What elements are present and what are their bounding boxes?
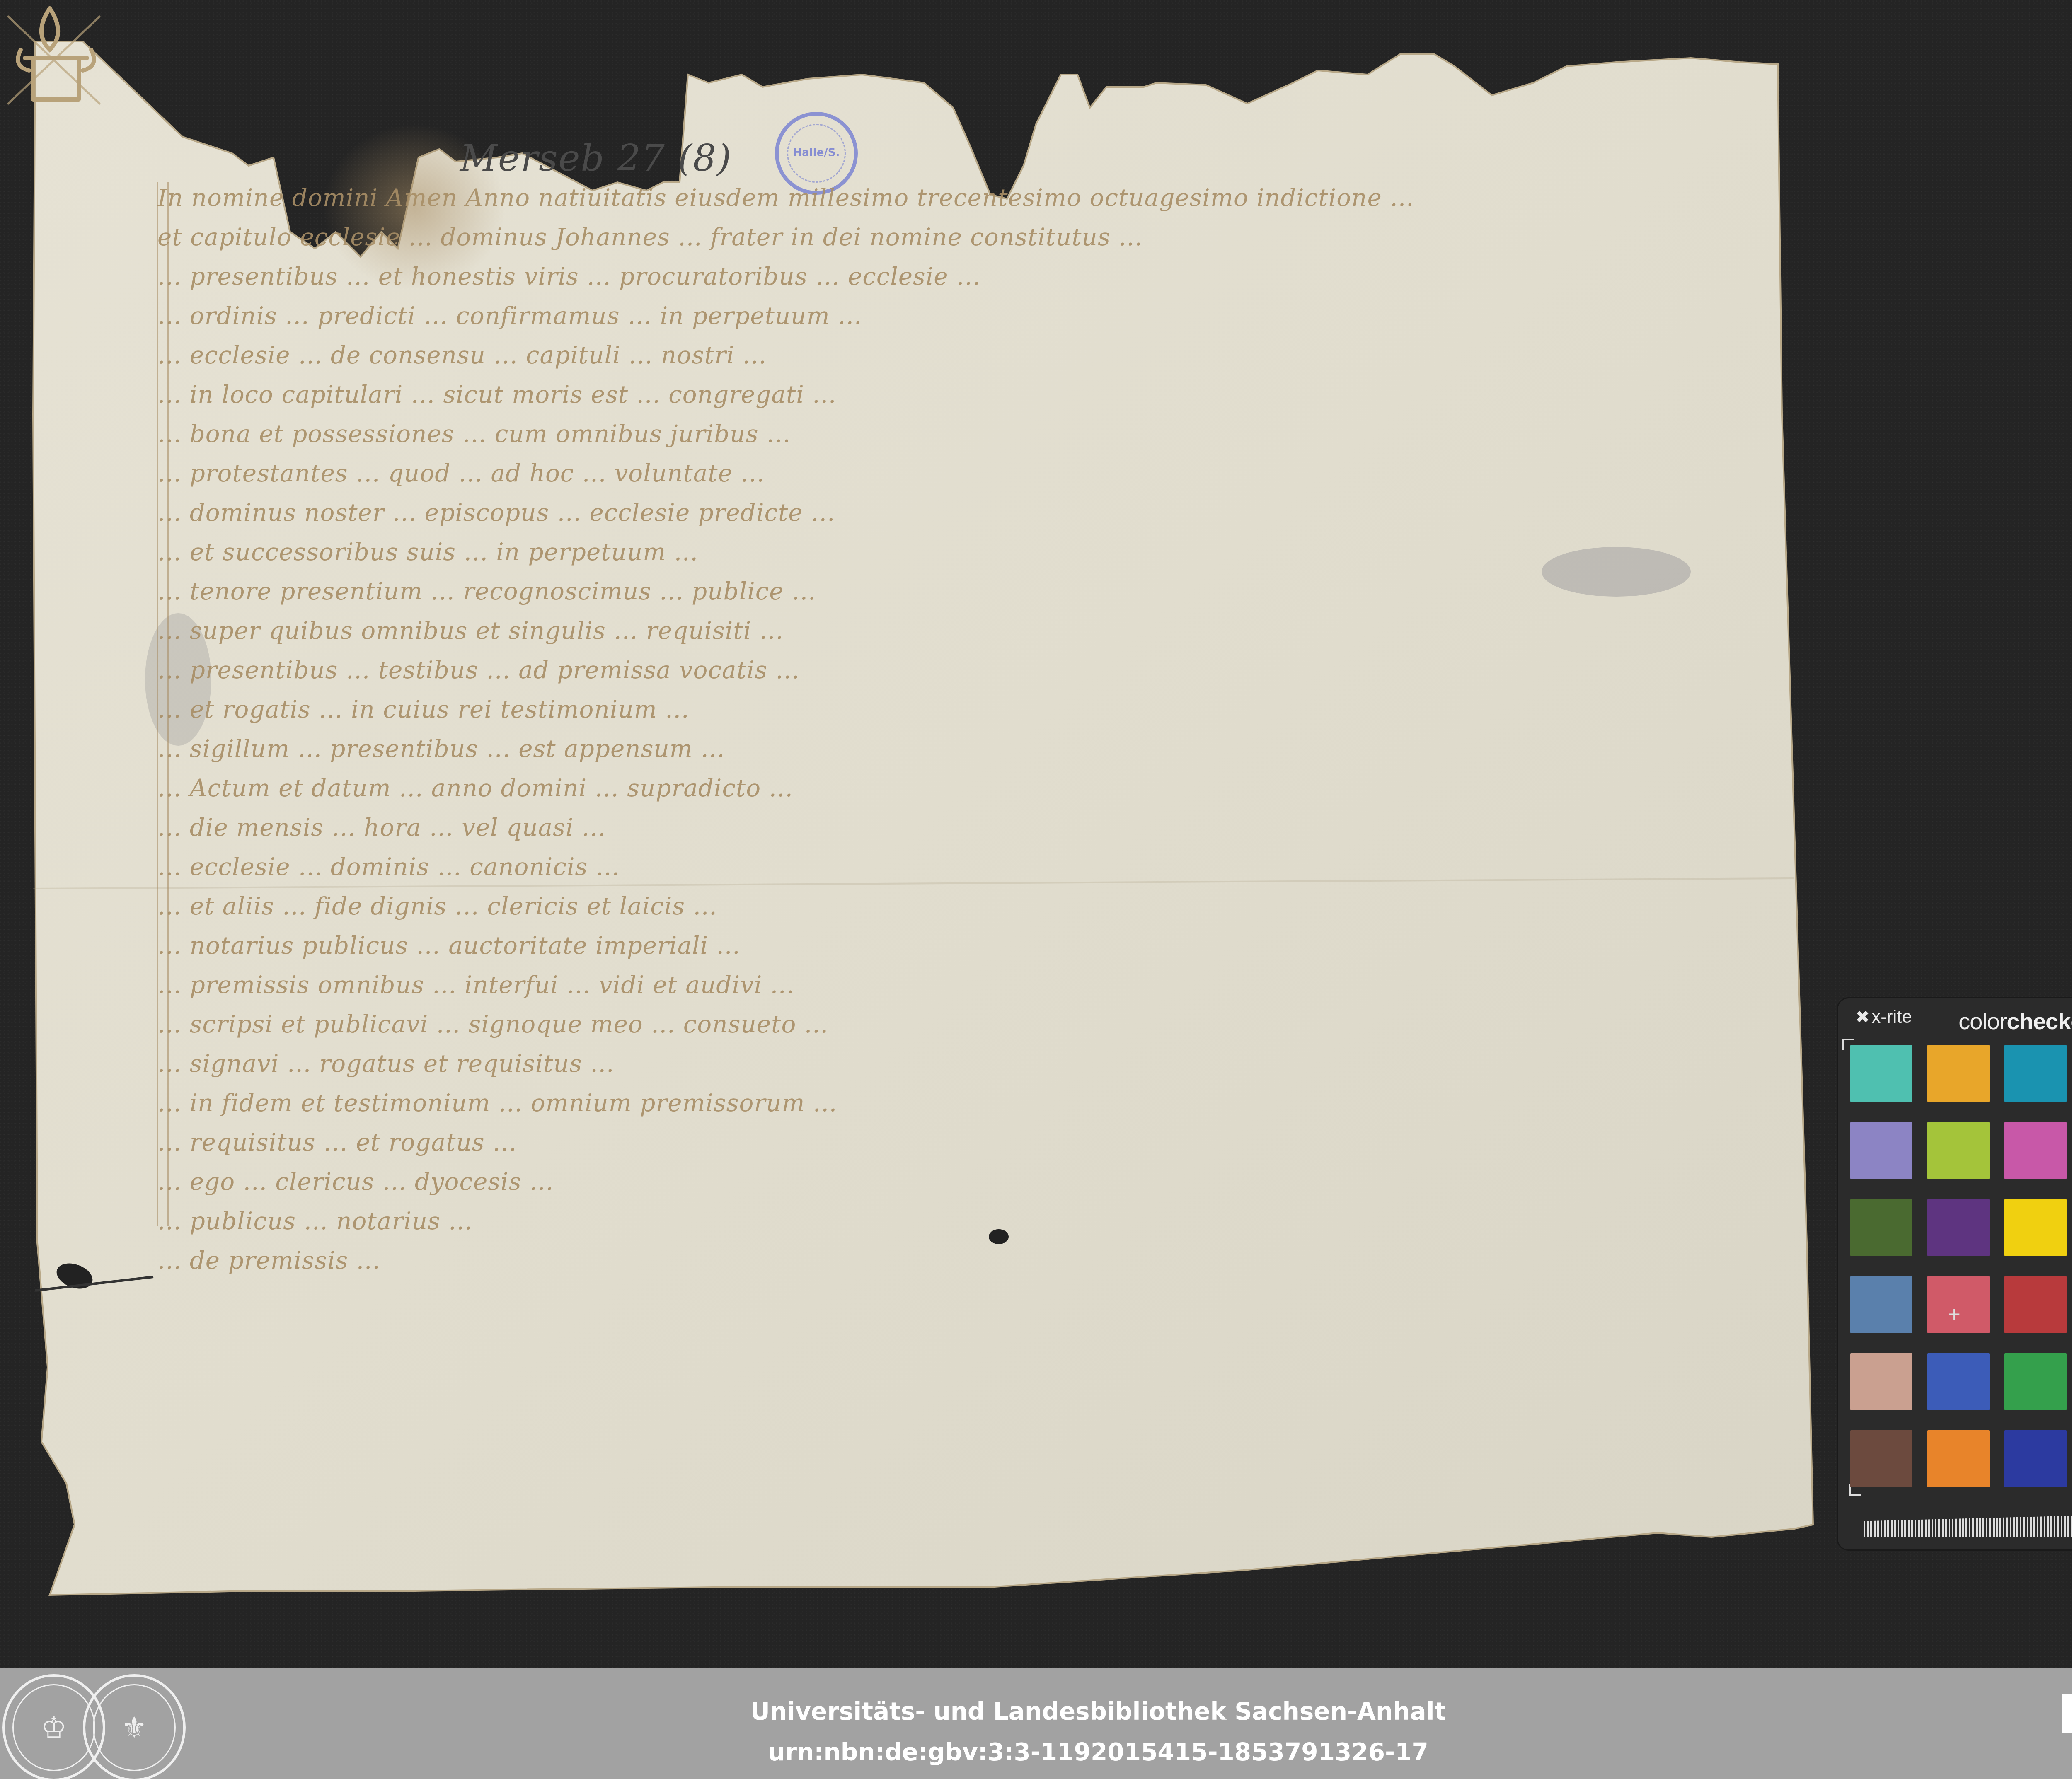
text-line: ... ordinis ... predicti ... confirmamus… [157,296,1765,336]
color-patch [1850,1430,1912,1487]
text-line: ... ego ... clericus ... dyocesis ... [157,1162,1765,1201]
color-patch [2004,1199,2067,1256]
text-line: ... ecclesie ... de consensu ... capitul… [157,336,1765,375]
text-line: ... super quibus omnibus et singulis ...… [157,611,1765,650]
charter-text: In nomine domini Amen Anno natiuitatis e… [157,178,1765,1280]
crosshair-icon: + [1947,1306,1961,1322]
text-line: ... premissis omnibus ... interfui ... v… [157,965,1765,1005]
text-line: ... et aliis ... fide dignis ... clerici… [157,887,1765,926]
mm-ruler [1864,1514,2072,1537]
seal-figure-icon: ⚜ [121,1713,148,1742]
text-line: ... tenore presentium ... recognoscimus … [157,572,1765,611]
color-patch [1927,1430,1990,1487]
text-line: ... Actum et datum ... anno domini ... s… [157,769,1765,808]
color-patch [1850,1199,1912,1256]
text-line: et capitulo ecclesie ... dominus Johanne… [157,218,1765,257]
institution-name: Universitäts- und Landesbibliothek Sachs… [622,1697,1575,1726]
text-line: ... ecclesie ... dominis ... canonicis .… [157,847,1765,887]
xrite-logo: ✖x-rite [1855,1007,1912,1027]
text-line: ... requisitus ... et rogatus ... [157,1123,1765,1162]
text-line: ... presentibus ... et honestis viris ..… [157,257,1765,296]
color-patch-grid [1850,1045,2072,1487]
colorchecker-title: colorcheckerCLASSIC [1958,1008,2072,1035]
text-line: ... in fidem et testimonium ... omnium p… [157,1083,1765,1123]
color-patch [2004,1353,2067,1410]
color-patch [1850,1353,1912,1410]
color-checker-card: ✖x-rite colorcheckerCLASSIC + mm [1838,998,2072,1549]
university-seal-wittenberg-icon: ⚜ [83,1674,186,1779]
color-patch [1927,1045,1990,1102]
text-line: ... de premissis ... [157,1241,1765,1280]
text-line: In nomine domini Amen Anno natiuitatis e… [157,178,1765,218]
text-line: ... signavi ... rogatus et requisitus ..… [157,1044,1765,1083]
shelfmark-annotation: Merseb 27 (8) [460,137,732,179]
xrite-brand-text: x-rite [1871,1007,1912,1027]
seal-figure-icon: ♔ [41,1713,67,1742]
color-patch [1927,1122,1990,1179]
color-patch [1850,1045,1912,1102]
text-line: ... et rogatis ... in cuius rei testimon… [157,690,1765,729]
text-line: ... dominus noster ... episcopus ... ecc… [157,493,1765,532]
urn-identifier: urn:nbn:de:gbv:3:3-1192015415-1853791326… [622,1738,1575,1766]
text-line: ... protestantes ... quod ... ad hoc ...… [157,454,1765,493]
color-patch [1927,1199,1990,1256]
color-patch [2004,1122,2067,1179]
dfg-logo: DFG [2057,1688,2072,1742]
text-line: ... scripsi et publicavi ... signoque me… [157,1005,1765,1044]
color-patch [2004,1276,2067,1333]
xrite-mark-icon: ✖ [1855,1007,1870,1027]
text-line: ... et successoribus suis ... in perpetu… [157,532,1765,572]
library-stamp-text: Halle/S. [779,147,854,159]
color-patch [2004,1430,2067,1487]
text-line: ... notarius publicus ... auctoritate im… [157,926,1765,965]
color-patch [1850,1276,1912,1333]
title-bold: checker [2007,1008,2072,1034]
color-patch [1850,1122,1912,1179]
text-line: ... sigillum ... presentibus ... est app… [157,729,1765,769]
notary-signum-icon [0,0,108,108]
text-line: ... in loco capitulari ... sicut moris e… [157,375,1765,414]
color-patch [2004,1045,2067,1102]
library-footer: ♔ ⚜ Universitäts- und Landesbibliothek S… [0,1668,2072,1779]
color-patch [1927,1353,1990,1410]
text-line: ... publicus ... notarius ... [157,1201,1765,1241]
parchment-charter: Merseb 27 (8) Halle/S. In nomine domini … [0,0,1832,1641]
text-line: ... die mensis ... hora ... vel quasi ..… [157,808,1765,847]
title-light: color [1958,1008,2007,1034]
text-line: ... bona et possessiones ... cum omnibus… [157,414,1765,454]
text-line: ... presentibus ... testibus ... ad prem… [157,650,1765,690]
